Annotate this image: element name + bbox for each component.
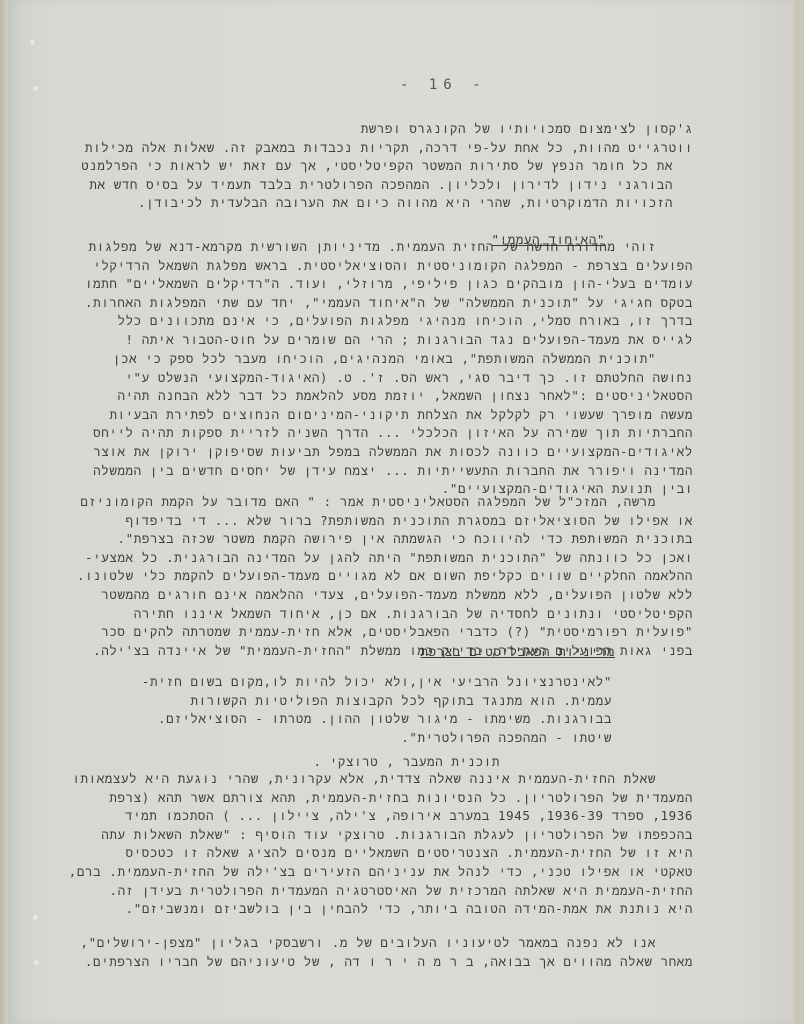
text-line: הפועלים בצרפת - המפלגה הקומוניסטית והסוצ… (93, 258, 693, 274)
text-line: החזית-העממית היא שאלתה המרכזית של האיסטר… (109, 883, 693, 899)
text-line: טאקטי או אפילו טכני, כדי לנהל את עניניהם… (69, 864, 693, 880)
text-line: בתוכנית המשותפת כדי להיווכח כי הגשמתה אי… (117, 531, 693, 547)
text-line: שאלת החזית-העממית איננה שאלה צדדית, אלא … (72, 771, 656, 787)
text-line: אנו לא נפנה במאמר לטיעוניו העלובים של מ.… (80, 935, 656, 951)
text-line: ואכן כל כוונתה של "התוכנית המשותפת" היתה… (85, 550, 693, 566)
heading-pabloist-policy: מדיניות הפאבליסטים בצרפת (421, 644, 615, 660)
text-line: "לאינטרנציונל הרביעי אין,ולא יכול להיות … (142, 674, 612, 690)
text-line: בדרך זו, באורח סמלי, הוכיחו מנהיגי מפלגו… (117, 313, 693, 329)
text-line: שיטתו - המהפכה הפרולטרית". (401, 730, 612, 746)
text-line: מאחר שאלה מהווים אך בבואה, ב ר מ ה י ר ו… (85, 954, 693, 970)
text-line: "תוכנית הממשלה המשותפת", באומי המנהיגים,… (113, 351, 656, 367)
text-line: המעמדית של הפרולטריון. כל הנסיונות בחזית… (109, 790, 693, 806)
text-line: ווטרגייט מהוות, כל אחת על-פי דרכה, תקריו… (85, 140, 693, 156)
text-line: מרשה, המזכ"ל של המפלגה הסטאליניסטית אמר … (80, 494, 656, 510)
text-line: הזכויות הדמוקרטיות, שהרי היא מהווה כיום … (138, 195, 673, 211)
text-line: החברתיות תוך שמירה על האיזון הכלכלי ... … (93, 425, 693, 441)
text-line: מעשה מופרך שעשוי רק לקלקל את הצלחת תיקונ… (109, 407, 693, 423)
text-line: "פועלית רפורמיסטית" (?) כדברי הפאבליסטים… (101, 624, 693, 640)
text-line: ההלאמה החלקיים שווים כקליפת השום אם לא מ… (77, 568, 693, 584)
text-line: הקפיטליסטי ונתונים לחסדיה של הבורגנות. א… (134, 606, 693, 622)
text-line: המדינה ויפורר את החברות התעשייתיות ... י… (93, 463, 693, 479)
quote-source: תוכנית המעבר , טרוצקי . (314, 754, 500, 770)
text-line: או אפילו של הסוציאליזם במסגרת התוכנית המ… (126, 513, 693, 529)
text-line: בהכפפתו של הפרולטריון לעגלת הבורגנות. טר… (101, 827, 693, 843)
text-line: לאיגודים-המקצועיים כוונה לכסות את הממשלה… (93, 444, 693, 460)
text-line: היא זו של החזית-העממית. הצנטריסטים השמאל… (126, 845, 693, 861)
text-line: הסטאליניסטים :"לאחר נצחון השמאל, יוזמת מ… (117, 388, 693, 404)
text-line: ללא שלטון הפועלים, ללא ממשלת מעמד-הפועלי… (101, 587, 693, 603)
text-line: לגייס את מעמד-הפועלים נגד הבורגנות ; הרי… (126, 332, 693, 348)
page-number: - 16 - (400, 77, 487, 93)
text-line: בבורגנות. משימתו - מיגור שלטון ההון. מטר… (158, 711, 612, 727)
text-line: בטקס חגיגי על "תוכנית הממשלה" של ה"איחוד… (85, 295, 693, 311)
text-line: ג'קסון לצימצום סמכויותיו של הקונגרס ופרש… (361, 121, 693, 137)
text-line: זוהי מהדורה חדשה של החזית העממית. מדיניו… (89, 239, 656, 255)
text-line: עומדים בעלי-הון מובהקים כגון פיליפי, מרו… (85, 276, 693, 292)
text-line: היא נותנת את אמת-המידה הטובה ביותר, כדי … (126, 901, 693, 917)
text-line: את כל חומר הנפץ של סתירות המשטר הקפיטליס… (81, 158, 673, 174)
page-right-edge (790, 0, 798, 1024)
document-text: - 16 - ג'קסון לצימצום סמכויותיו של הקונג… (0, 0, 790, 1024)
text-line: עממית. הוא מתנגד בתוקף לכל הקבוצות הפולי… (191, 693, 612, 709)
text-line: נחושה החלטתם זו. כך דיבר סגי, ראש הס. ז'… (125, 370, 693, 386)
text-line: הבורגני נידון לדירון ולכליון. המהפכה הפר… (89, 177, 673, 193)
text-line: 1936, ספרד 1936-39, 1945 במערב אירופה, צ… (125, 808, 693, 824)
